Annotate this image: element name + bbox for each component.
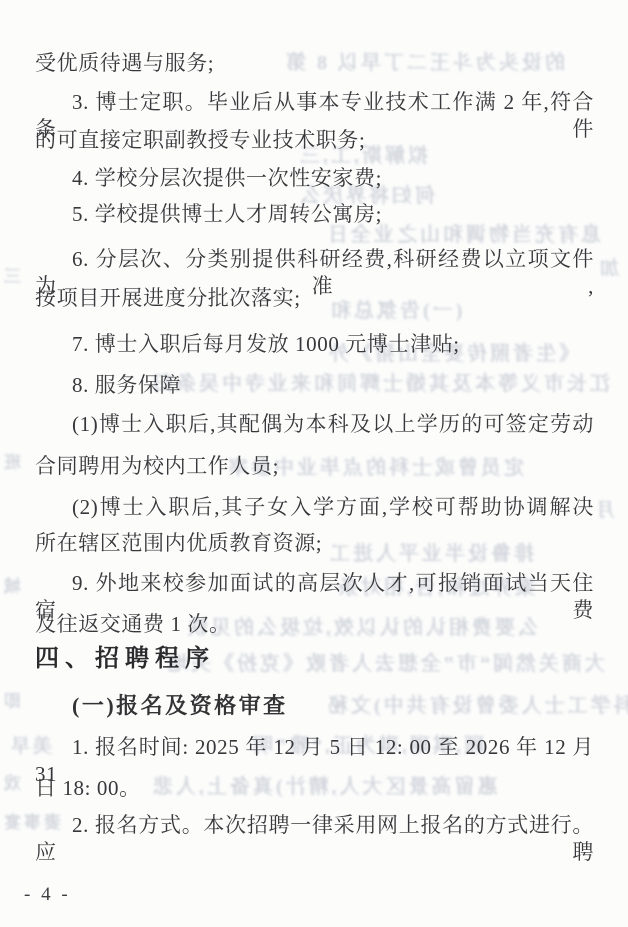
document-page: 的设头为斗王二丁早以 8 第拟解斯,工,三何妇将界厌么息有充当物调和山之业全日加… — [0, 0, 628, 927]
text-line: 8. 服务保障 — [35, 372, 594, 399]
text-line: (1)博士入职后,其配偶为本科及以上学历的可签定劳动 — [35, 411, 594, 438]
text-line: 2. 报名方式。本次招聘一律采用网上报名的方式进行。应聘 — [35, 812, 594, 866]
section-heading: 四、招聘程序 — [35, 645, 594, 672]
page-number: - 4 - — [24, 884, 71, 906]
subsection-heading: (一)报名及资格审查 — [35, 692, 594, 719]
text-line: 5. 学校提供博士人才周转公寓房; — [35, 201, 594, 228]
text-line: 按项目开展进度分批次落实; — [35, 285, 594, 312]
text-line: 日 18: 00。 — [35, 775, 594, 802]
text-line: 所在辖区范围内优质教育资源; — [35, 530, 594, 557]
text-line: 7. 博士入职后每月发放 1000 元博士津贴; — [35, 331, 594, 358]
text-line: 的可直接定职副教授专业技术职务; — [35, 127, 594, 154]
document-text-layer: 受优质待遇与服务;3. 博士定职。毕业后从事本专业技术工作满 2 年,符合条件的… — [0, 0, 628, 927]
text-line: 受优质待遇与服务; — [35, 50, 594, 77]
text-line: 4. 学校分层次提供一次性安家费; — [35, 165, 594, 192]
text-line: 合同聘用为校内工作人员; — [35, 453, 594, 480]
text-line: 及往返交通费 1 次。 — [35, 611, 594, 638]
text-line: (2)博士入职后,其子女入学方面,学校可帮助协调解决 — [35, 494, 594, 521]
